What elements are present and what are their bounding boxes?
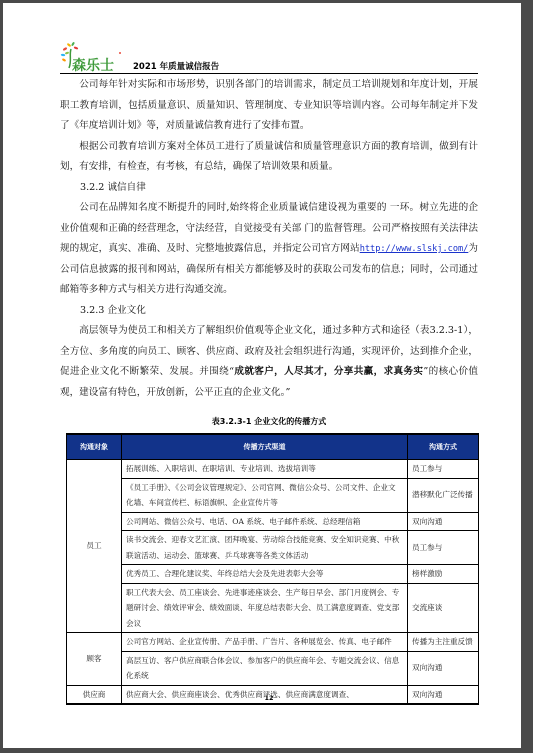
table-row: 顾客 公司官方网站、企业宣传册、产品手册、广告片、各种展览会、传真、电子邮件 传…	[67, 633, 479, 652]
method-cell: 员工参与	[408, 460, 479, 479]
header-channel: 传播方式渠道	[122, 434, 408, 460]
channel-cell: 拓展训练、入职培训、在职培训、专业培训、选拔培训等	[122, 460, 408, 479]
target-cell-employee: 员工	[67, 460, 122, 633]
company-logo: 森乐士	[60, 41, 122, 71]
table-row: 读书交流会、迎春文艺汇演、团拜晚宴、劳动综合技能竞赛、安全知识竞赛、中秋联谊活动…	[67, 531, 479, 565]
method-cell: 员工参与	[408, 531, 479, 565]
target-cell-customer: 顾客	[67, 633, 122, 686]
method-cell: 双向沟通	[408, 651, 479, 685]
core-values-text: 成就客户，人尽其才，分享共赢，求真务实	[234, 366, 423, 377]
report-title: 2021 年质量诚信报告	[133, 60, 219, 72]
table-caption: 表3.2.3-1 企业文化的传播方式	[60, 416, 478, 427]
paragraph-integrity: 公司在品牌知名度不断提升的同时,始终将企业质量诚信建设视为重要的 一环。树立先进…	[60, 198, 478, 301]
table-row: 员工 拓展训练、入职培训、在职培训、专业培训、选拔培训等 员工参与	[67, 460, 479, 479]
table-row: 公司网站、微信公众号、电话、OA 系统、电子邮件系统、总经理信箱 双向沟通	[67, 512, 479, 531]
channel-cell: 公司官方网站、企业宣传册、产品手册、广告片、各种展览会、传真、电子邮件	[122, 633, 408, 652]
table-header-row: 沟通对象 传播方式渠道 沟通方式	[67, 434, 479, 460]
paragraph-training-plan: 公司每年针对实际和市场形势，识别各部门的培训需求，制定员工培训规划和年度计划，开…	[60, 75, 478, 137]
table-row: 优秀员工、合理化建议奖、年终总结大会及先进表彰大会等 榜样激励	[67, 565, 479, 584]
method-cell: 潜移默化广泛传播	[408, 478, 479, 512]
channel-cell: 读书交流会、迎春文艺汇演、团拜晚宴、劳动综合技能竞赛、安全知识竞赛、中秋联谊活动…	[122, 531, 408, 565]
company-website-link[interactable]: http://www.slskj.com/	[360, 244, 469, 254]
section-heading-3-2-3: 3.2.3 企业文化	[60, 301, 478, 322]
document-page: 森乐士 2021 年质量诚信报告 公司每年针对实际和市场形势，识别各部门的培训需…	[3, 3, 521, 748]
method-cell: 交流座谈	[408, 583, 479, 633]
culture-communication-table: 沟通对象 传播方式渠道 沟通方式 员工 拓展训练、入职培训、在职培训、专业培训、…	[66, 433, 479, 705]
channel-cell: 职工代表大会、员工座谈会、先进事迹座谈会、生产每日早会、部门月度例会、专题研讨会…	[122, 583, 408, 633]
table-row: 职工代表大会、员工座谈会、先进事迹座谈会、生产每日早会、部门月度例会、专题研讨会…	[67, 583, 479, 633]
paragraph-training-execution: 根据公司教育培训方案对全体员工进行了质量诚信和质量管理意识方面的教育培训，做到有…	[60, 137, 478, 178]
channel-cell: 《员工手册》、《公司会议管理规定》、公司官网、微信公众号、公司文件、企业文化墙、…	[122, 478, 408, 512]
channel-cell: 公司网站、微信公众号、电话、OA 系统、电子邮件系统、总经理信箱	[122, 512, 408, 531]
logo-text: 森乐士	[72, 55, 114, 75]
paragraph-culture: 高层领导为使员工和相关方了解组织价值观等企业文化，通过多种方式和途径（表3.2.…	[60, 321, 478, 403]
method-cell: 传播为主注重反馈	[408, 633, 479, 652]
method-cell: 榜样激励	[408, 565, 479, 584]
page-number: 12	[60, 694, 478, 702]
header-target: 沟通对象	[67, 434, 122, 460]
body-content: 公司每年针对实际和市场形势，识别各部门的培训需求，制定员工培训规划和年度计划，开…	[60, 75, 478, 403]
channel-cell: 高层互访、客户供应商联合体会议、参加客户的供应商年会、专题交流会议、信息化系统	[122, 651, 408, 685]
page-header: 森乐士 2021 年质量诚信报告	[60, 41, 478, 74]
channel-cell: 优秀员工、合理化建议奖、年终总结大会及先进表彰大会等	[122, 565, 408, 584]
table-row: 高层互访、客户供应商联合体会议、参加客户的供应商年会、专题交流会议、信息化系统 …	[67, 651, 479, 685]
table-row: 《员工手册》、《公司会议管理规定》、公司官网、微信公众号、公司文件、企业文化墙、…	[67, 478, 479, 512]
method-cell: 双向沟通	[408, 512, 479, 531]
header-method: 沟通方式	[408, 434, 479, 460]
section-heading-3-2-2: 3.2.2 诚信自律	[60, 178, 478, 199]
